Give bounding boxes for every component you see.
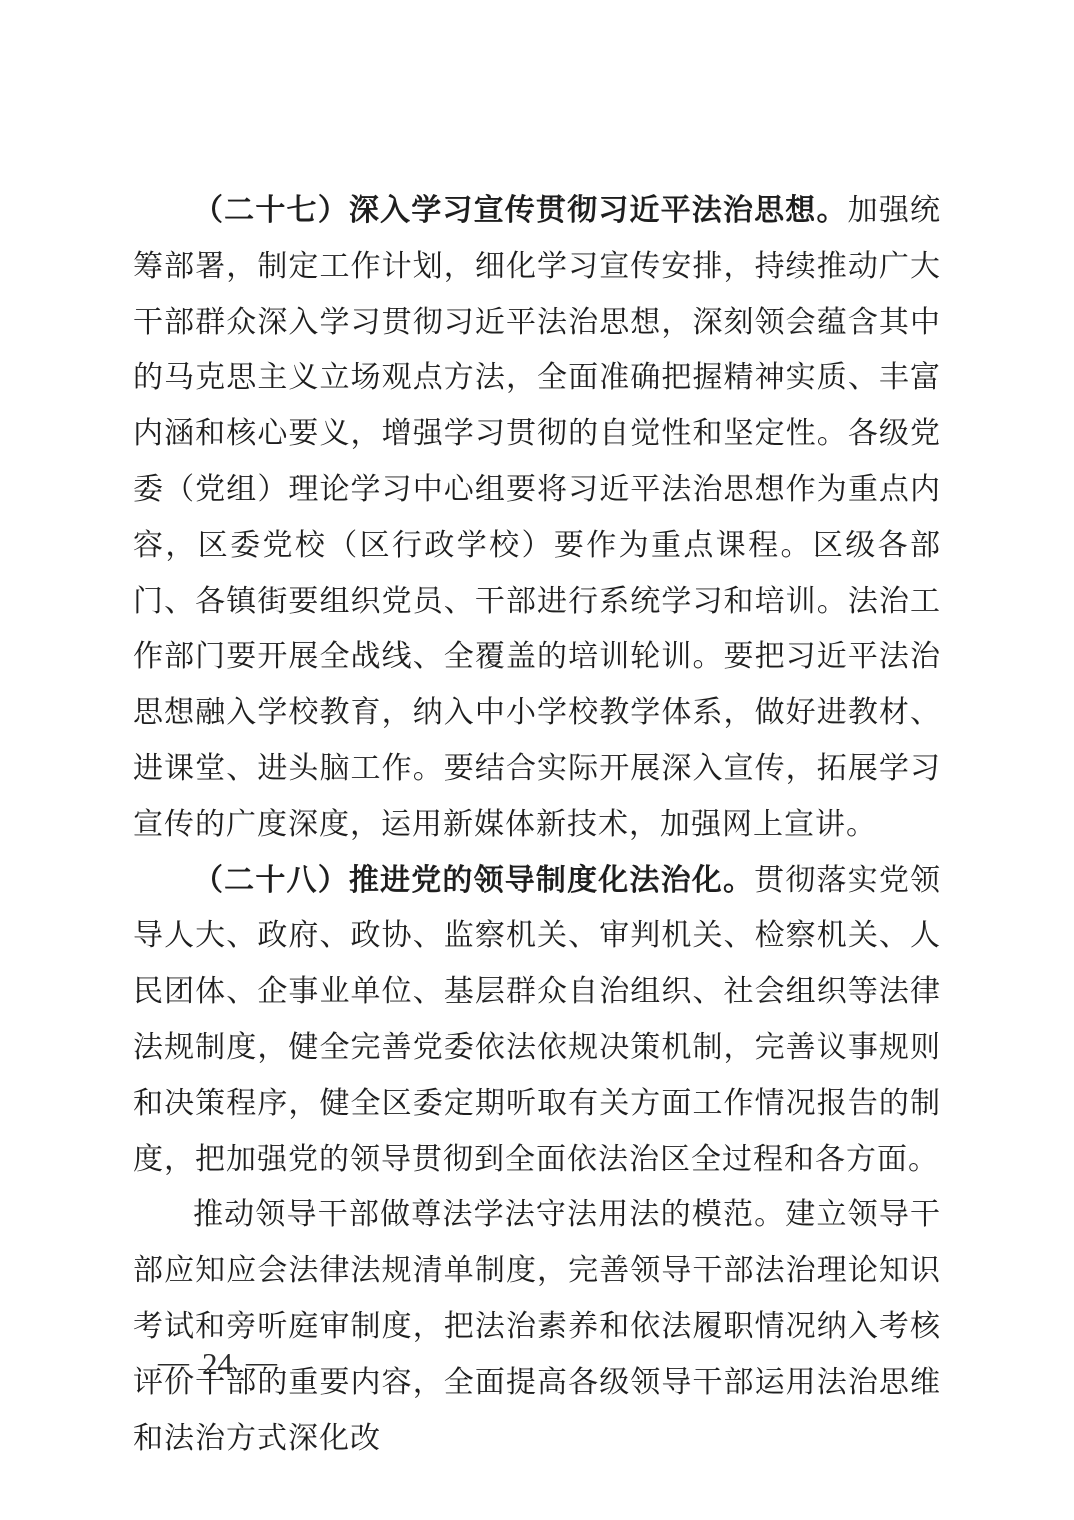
footer-dash-right: — bbox=[246, 1344, 277, 1380]
section-28-heading: （二十八）推进党的领导制度化法治化。 bbox=[193, 864, 754, 897]
footer-dash-left: — bbox=[158, 1344, 189, 1380]
page-footer: — 24 — bbox=[158, 1346, 277, 1382]
para-leading-cadres: 推动领导干部做尊法学法守法用法的模范。建立领导干部应知应会法律法规清单制度，完善… bbox=[133, 1187, 941, 1466]
section-28-text: 贯彻落实党领导人大、政府、政协、监察机关、审判机关、检察机关、人民团体、企事业单… bbox=[133, 864, 941, 1176]
document-page: （二十七）深入学习宣传贯彻习近平法治思想。加强统筹部署，制定工作计划，细化学习宣… bbox=[0, 0, 1074, 1520]
footer-page-number: 24 bbox=[202, 1346, 233, 1382]
section-28: （二十八）推进党的领导制度化法治化。贯彻落实党领导人大、政府、政协、监察机关、审… bbox=[133, 853, 941, 1188]
section-27: （二十七）深入学习宣传贯彻习近平法治思想。加强统筹部署，制定工作计划，细化学习宣… bbox=[133, 183, 941, 853]
document-body: （二十七）深入学习宣传贯彻习近平法治思想。加强统筹部署，制定工作计划，细化学习宣… bbox=[133, 183, 941, 1466]
para-leading-cadres-text: 推动领导干部做尊法学法守法用法的模范。建立领导干部应知应会法律法规清单制度，完善… bbox=[133, 1198, 941, 1454]
section-27-text: 加强统筹部署，制定工作计划，细化学习宣传安排，持续推动广大干部群众深入学习贯彻习… bbox=[133, 194, 941, 841]
section-27-heading: （二十七）深入学习宣传贯彻习近平法治思想。 bbox=[193, 194, 848, 227]
